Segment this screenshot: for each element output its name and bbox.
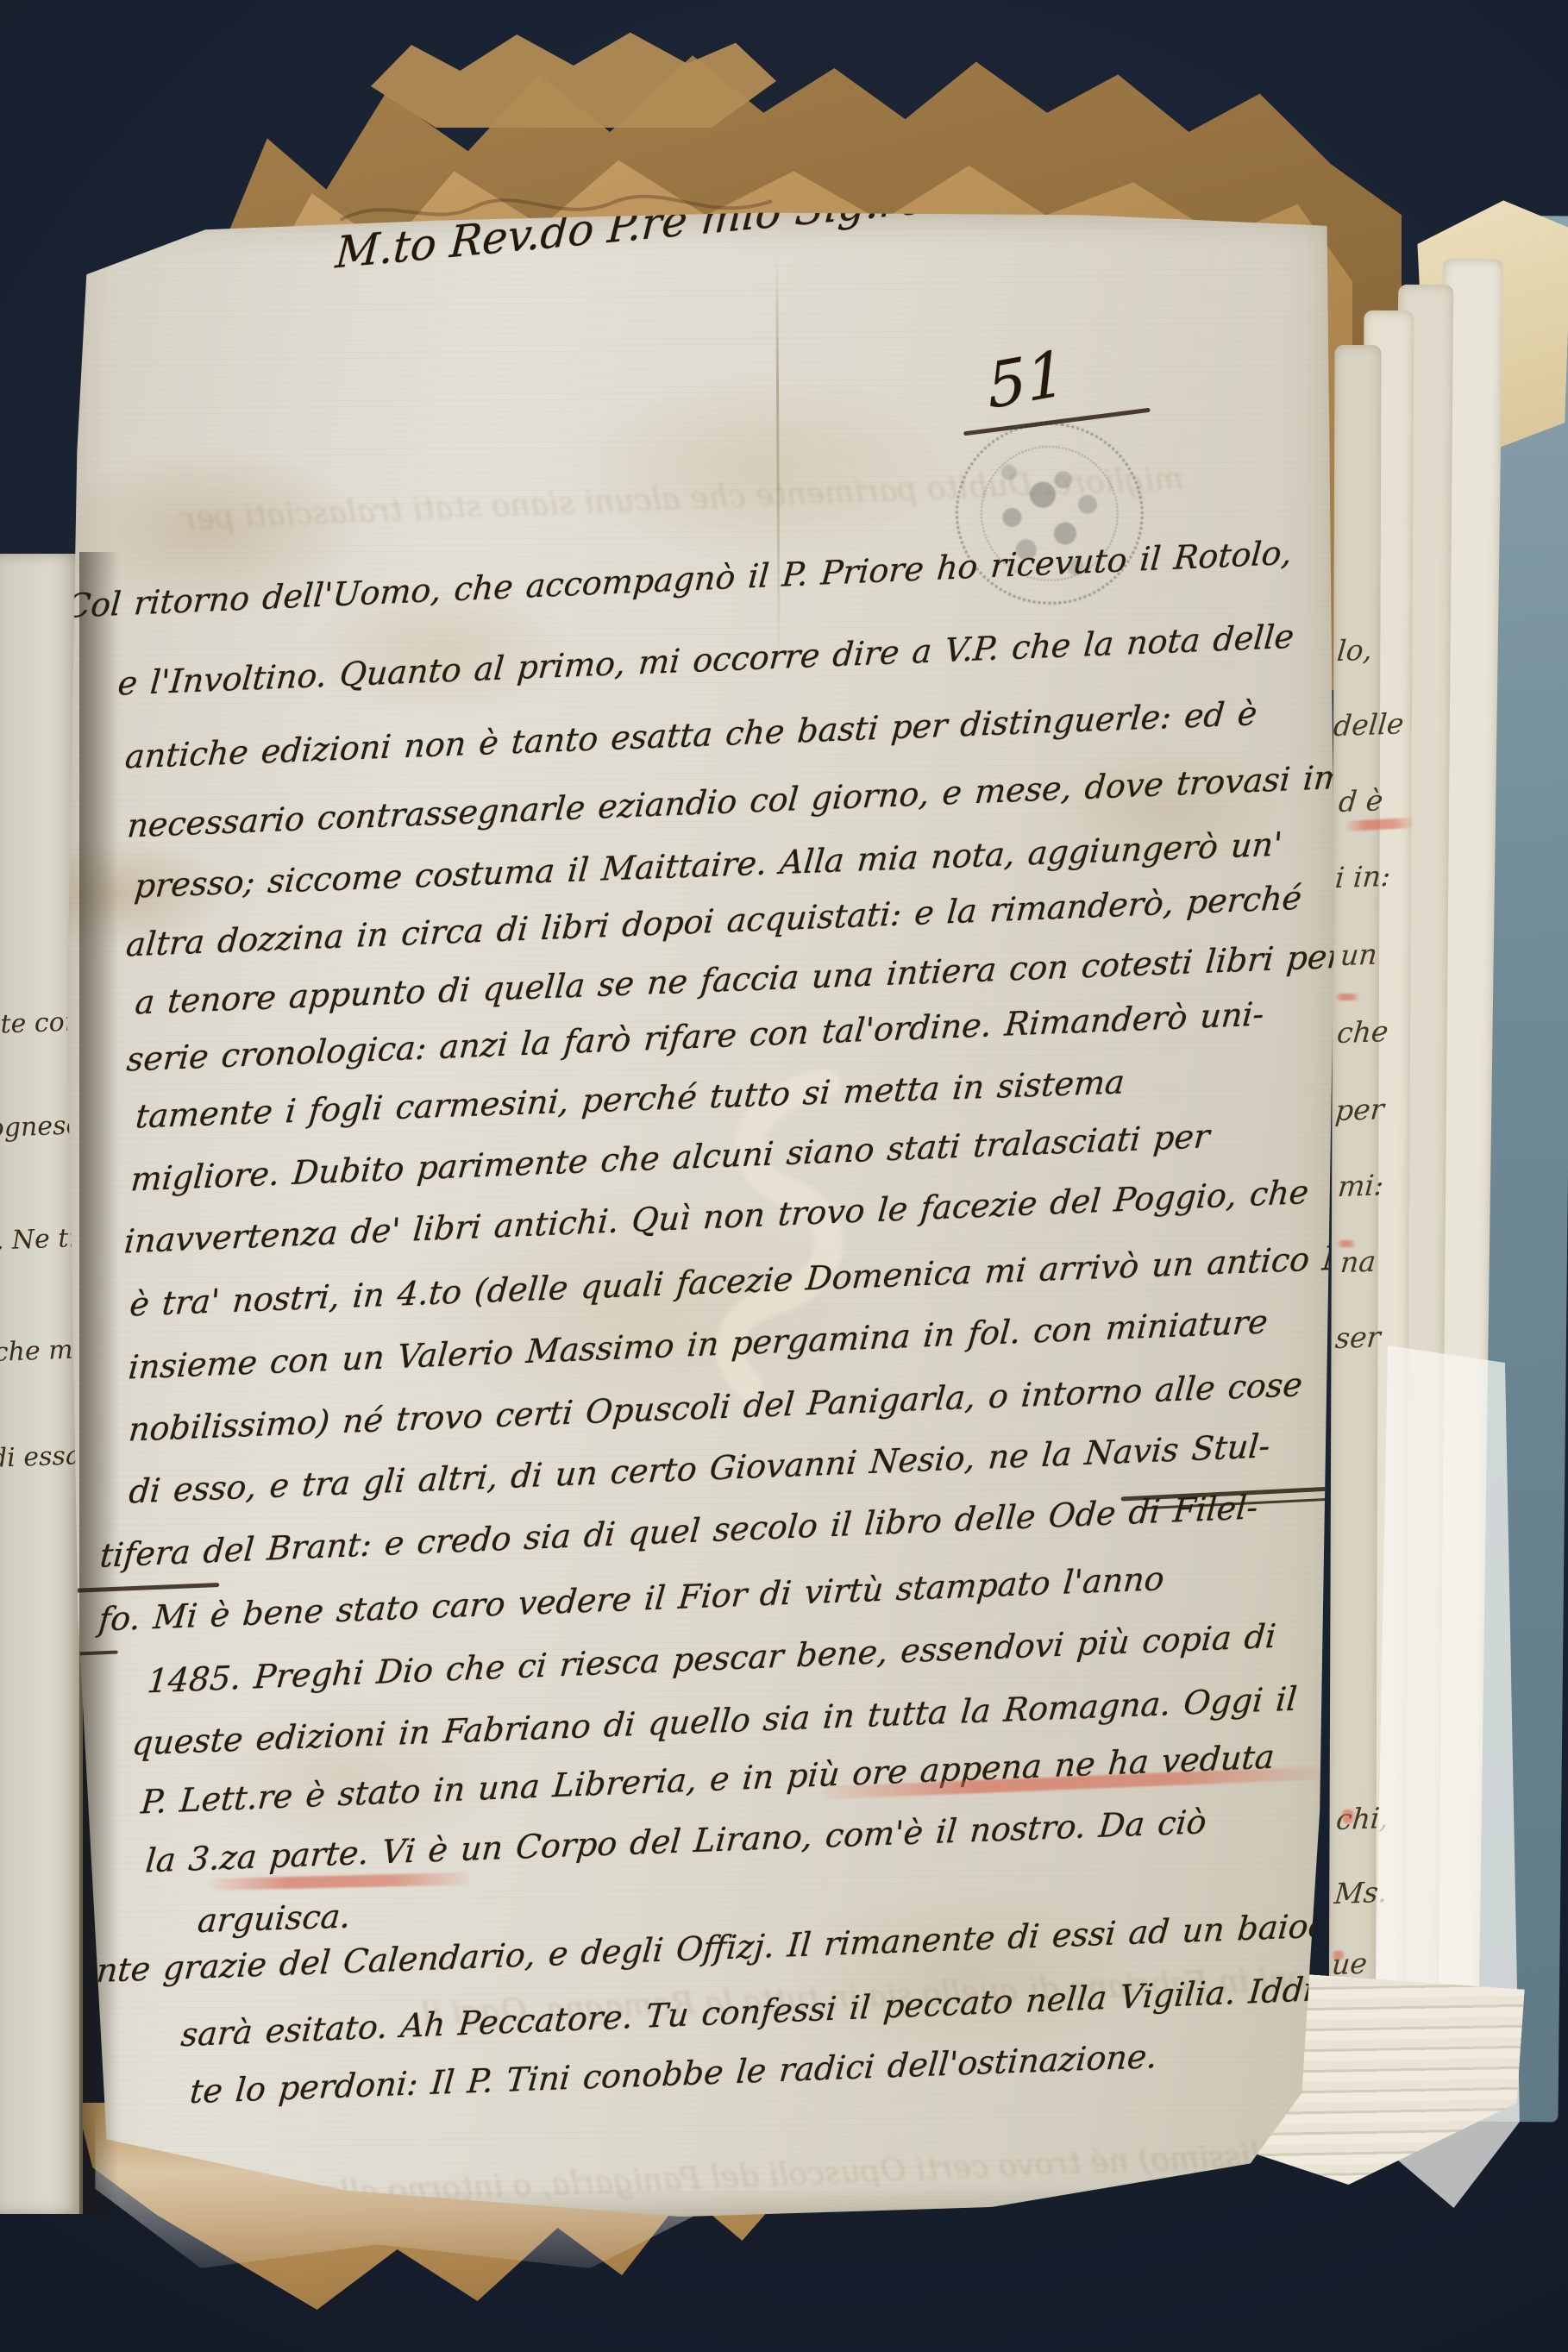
ink-underline-tifera xyxy=(72,1583,219,1593)
bleed-text-fragment: e. Ne tr xyxy=(0,1223,82,1257)
edge-text-fragment: mi: xyxy=(1337,1168,1385,1203)
bleed-text-fragment: di essa xyxy=(0,1440,82,1474)
edge-text-fragment: che xyxy=(1336,1014,1390,1050)
edge-text-fragment: lo, xyxy=(1336,633,1374,668)
manuscript-line: sarà esitato. Ah Peccatore. Tu confessi … xyxy=(179,1969,1335,2054)
folio-number: 51 xyxy=(985,336,1068,423)
manuscript-page: migliore. Dubito parimente che alcuni si… xyxy=(50,204,1354,2220)
edge-text-fragment: na xyxy=(1339,1245,1377,1280)
manuscript-line: arguisca. xyxy=(196,1897,352,1940)
red-chalk-mark xyxy=(1332,1951,1345,1960)
edge-text-fragment: per xyxy=(1334,1092,1386,1127)
edge-text-fragment: d è xyxy=(1338,783,1385,818)
red-chalk-mark xyxy=(1337,1240,1356,1247)
manuscript-line: e l'Involtino. Quanto al primo, mi occor… xyxy=(116,618,1295,703)
paper-crease xyxy=(775,259,780,664)
edge-text-fragment: i in: xyxy=(1334,859,1392,894)
page-edge-strip xyxy=(1328,345,1381,2104)
facing-page-sliver: mente con Bolognese e. Ne tr M. che mi d… xyxy=(0,554,83,2214)
manuscript-line: Col ritorno dell'Uomo, che accompagnò il… xyxy=(65,534,1294,625)
manuscript-line: fo. Mi è bene stato caro vedere il Fior … xyxy=(97,1559,1166,1639)
red-chalk-mark xyxy=(1340,1809,1356,1823)
edge-text-fragment: un xyxy=(1339,938,1379,973)
red-chalk-mark xyxy=(1335,994,1359,1000)
edge-text-fragment: ser xyxy=(1334,1320,1383,1355)
bleed-text-fragment: M. che mi xyxy=(0,1334,82,1369)
archival-photo-scene: lo, delle d è i in: un che per mi: na se… xyxy=(0,0,1568,2352)
manuscript-line: te lo perdoni: Il P. Tini conobbe le rad… xyxy=(188,2037,1158,2111)
manuscript-line: tamente i fogli carmesini, perché tutto … xyxy=(134,1063,1126,1135)
kraft-torn-fragment xyxy=(371,24,776,128)
manuscript-line: antiche edizioni non è tanto esatta che … xyxy=(123,694,1258,776)
edge-text-fragment: delle xyxy=(1333,706,1406,743)
